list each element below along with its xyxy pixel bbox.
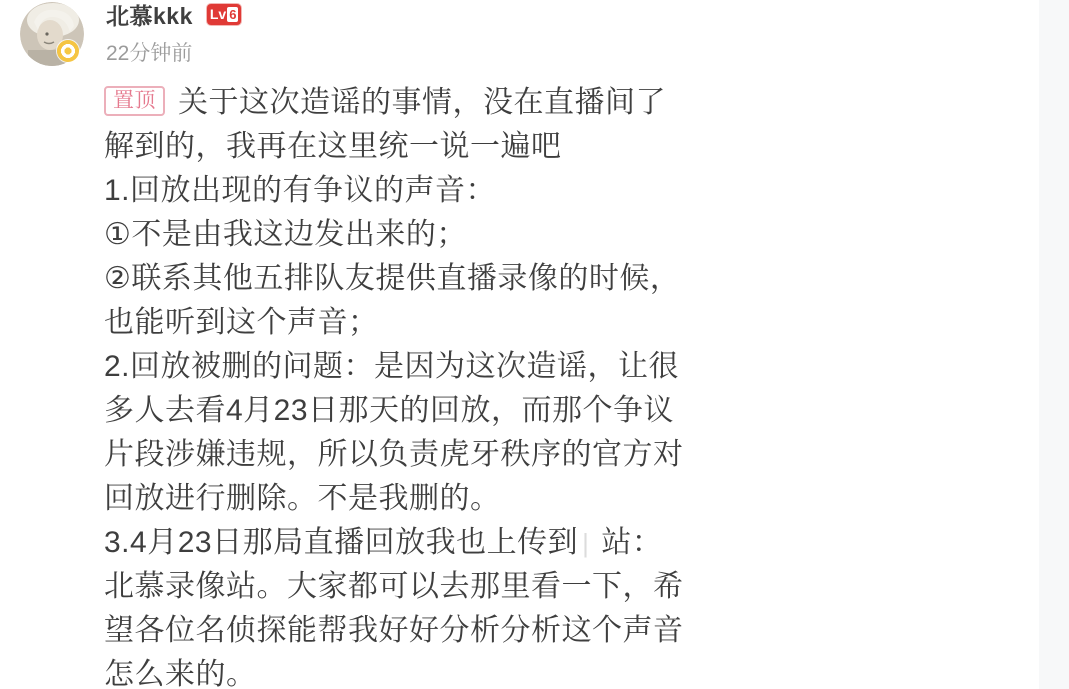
comment-text-line: 怎么来的。	[104, 653, 704, 689]
comment-text: 3.4月23日那局直播回放我也上传到	[104, 526, 578, 559]
level-number: 6	[227, 7, 238, 22]
faint-character-mark: |	[582, 521, 589, 565]
comment-text-line: 解到的，我再在这里统一说一遍吧	[104, 125, 704, 169]
comment-text-line: 回放进行删除。不是我删的。	[104, 477, 704, 521]
comment-text-line: 1.回放出现的有争议的声音：	[104, 169, 704, 213]
comment-text-line: 北慕录像站。大家都可以去那里看一下，希	[104, 565, 704, 609]
comment-text-line: 置顶关于这次造谣的事情，没在直播间了	[104, 81, 704, 125]
background-strip	[1039, 0, 1069, 689]
comment-text-line: 望各位名侦探能帮我好好分析分析这个声音	[104, 609, 704, 653]
comment-text-line: ②联系其他五排队友提供直播录像的时候，	[104, 257, 704, 301]
comment-text: 关于这次造谣的事情，没在直播间了	[178, 86, 666, 119]
comment-header: 北慕kkk Lv6 22分钟前	[106, 0, 241, 67]
comment-text-line: ①不是由我这边发出来的；	[104, 213, 704, 257]
user-avatar[interactable]	[20, 2, 84, 66]
level-prefix: Lv	[210, 5, 226, 24]
username[interactable]: 北慕kkk	[106, 0, 193, 31]
comment-content: 置顶关于这次造谣的事情，没在直播间了 解到的，我再在这里统一说一遍吧 1.回放出…	[104, 81, 704, 689]
comment-text-line: 2.回放被删的问题：是因为这次造谣，让很	[104, 345, 704, 389]
comment-text-line: 片段涉嫌违规，所以负责虎牙秩序的官方对	[104, 433, 704, 477]
gold-noble-badge-icon	[57, 40, 79, 62]
comment-text-line: 多人去看4月23日那天的回放，而那个争议	[104, 389, 704, 433]
comment-text: 站：	[601, 526, 662, 559]
user-level-badge-icon: Lv6	[207, 4, 242, 25]
comment-text-line: 也能听到这个声音；	[104, 301, 704, 345]
pinned-tag: 置顶	[104, 86, 165, 116]
comment-text-line: 3.4月23日那局直播回放我也上传到|站：	[104, 521, 704, 565]
timestamp: 22分钟前	[106, 37, 241, 67]
